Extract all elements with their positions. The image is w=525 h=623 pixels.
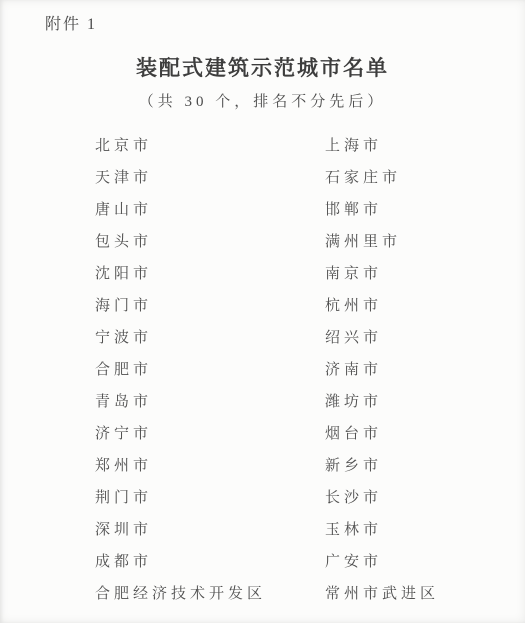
city-name: 上海市 bbox=[325, 134, 505, 155]
page-subtitle: （共 30 个，排名不分先后） bbox=[0, 90, 525, 111]
city-name: 沈阳市 bbox=[95, 262, 325, 283]
city-name: 济南市 bbox=[325, 358, 505, 379]
list-row: 荆门市 长沙市 bbox=[95, 480, 505, 512]
city-name: 宁波市 bbox=[95, 326, 325, 347]
list-row: 济宁市 烟台市 bbox=[95, 416, 505, 448]
document-page: 附件 1 装配式建筑示范城市名单 （共 30 个，排名不分先后） 北京市 上海市… bbox=[0, 0, 525, 623]
city-name: 合肥经济技术开发区 bbox=[95, 582, 325, 603]
page-title: 装配式建筑示范城市名单 bbox=[0, 52, 525, 82]
list-row: 深圳市 玉林市 bbox=[95, 512, 505, 544]
city-name: 南京市 bbox=[325, 262, 505, 283]
city-name: 满州里市 bbox=[325, 230, 505, 251]
city-name: 潍坊市 bbox=[325, 390, 505, 411]
city-name: 邯郸市 bbox=[325, 198, 505, 219]
city-name: 绍兴市 bbox=[325, 326, 505, 347]
list-row: 海门市 杭州市 bbox=[95, 288, 505, 320]
list-row: 合肥市 济南市 bbox=[95, 352, 505, 384]
city-name: 荆门市 bbox=[95, 486, 325, 507]
city-name: 北京市 bbox=[95, 134, 325, 155]
city-name: 海门市 bbox=[95, 294, 325, 315]
city-list: 北京市 上海市 天津市 石家庄市 唐山市 邯郸市 包头市 满州里市 沈阳市 南京… bbox=[95, 128, 505, 608]
city-name: 唐山市 bbox=[95, 198, 325, 219]
city-name: 郑州市 bbox=[95, 454, 325, 475]
list-row: 天津市 石家庄市 bbox=[95, 160, 505, 192]
city-name: 新乡市 bbox=[325, 454, 505, 475]
attachment-label: 附件 1 bbox=[45, 11, 97, 34]
list-row: 青岛市 潍坊市 bbox=[95, 384, 505, 416]
city-name: 常州市武进区 bbox=[325, 582, 505, 603]
city-name: 青岛市 bbox=[95, 390, 325, 411]
city-name: 长沙市 bbox=[325, 486, 505, 507]
city-name: 合肥市 bbox=[95, 358, 325, 379]
city-name: 济宁市 bbox=[95, 422, 325, 443]
city-name: 广安市 bbox=[325, 550, 505, 571]
list-row: 唐山市 邯郸市 bbox=[95, 192, 505, 224]
list-row: 包头市 满州里市 bbox=[95, 224, 505, 256]
city-name: 玉林市 bbox=[325, 518, 505, 539]
list-row: 郑州市 新乡市 bbox=[95, 448, 505, 480]
city-name: 包头市 bbox=[95, 230, 325, 251]
city-name: 杭州市 bbox=[325, 294, 505, 315]
list-row: 宁波市 绍兴市 bbox=[95, 320, 505, 352]
city-name: 石家庄市 bbox=[325, 166, 505, 187]
city-name: 天津市 bbox=[95, 166, 325, 187]
city-name: 烟台市 bbox=[325, 422, 505, 443]
list-row: 北京市 上海市 bbox=[95, 128, 505, 160]
list-row: 合肥经济技术开发区 常州市武进区 bbox=[95, 576, 505, 608]
list-row: 成都市 广安市 bbox=[95, 544, 505, 576]
city-name: 深圳市 bbox=[95, 518, 325, 539]
city-name: 成都市 bbox=[95, 550, 325, 571]
list-row: 沈阳市 南京市 bbox=[95, 256, 505, 288]
